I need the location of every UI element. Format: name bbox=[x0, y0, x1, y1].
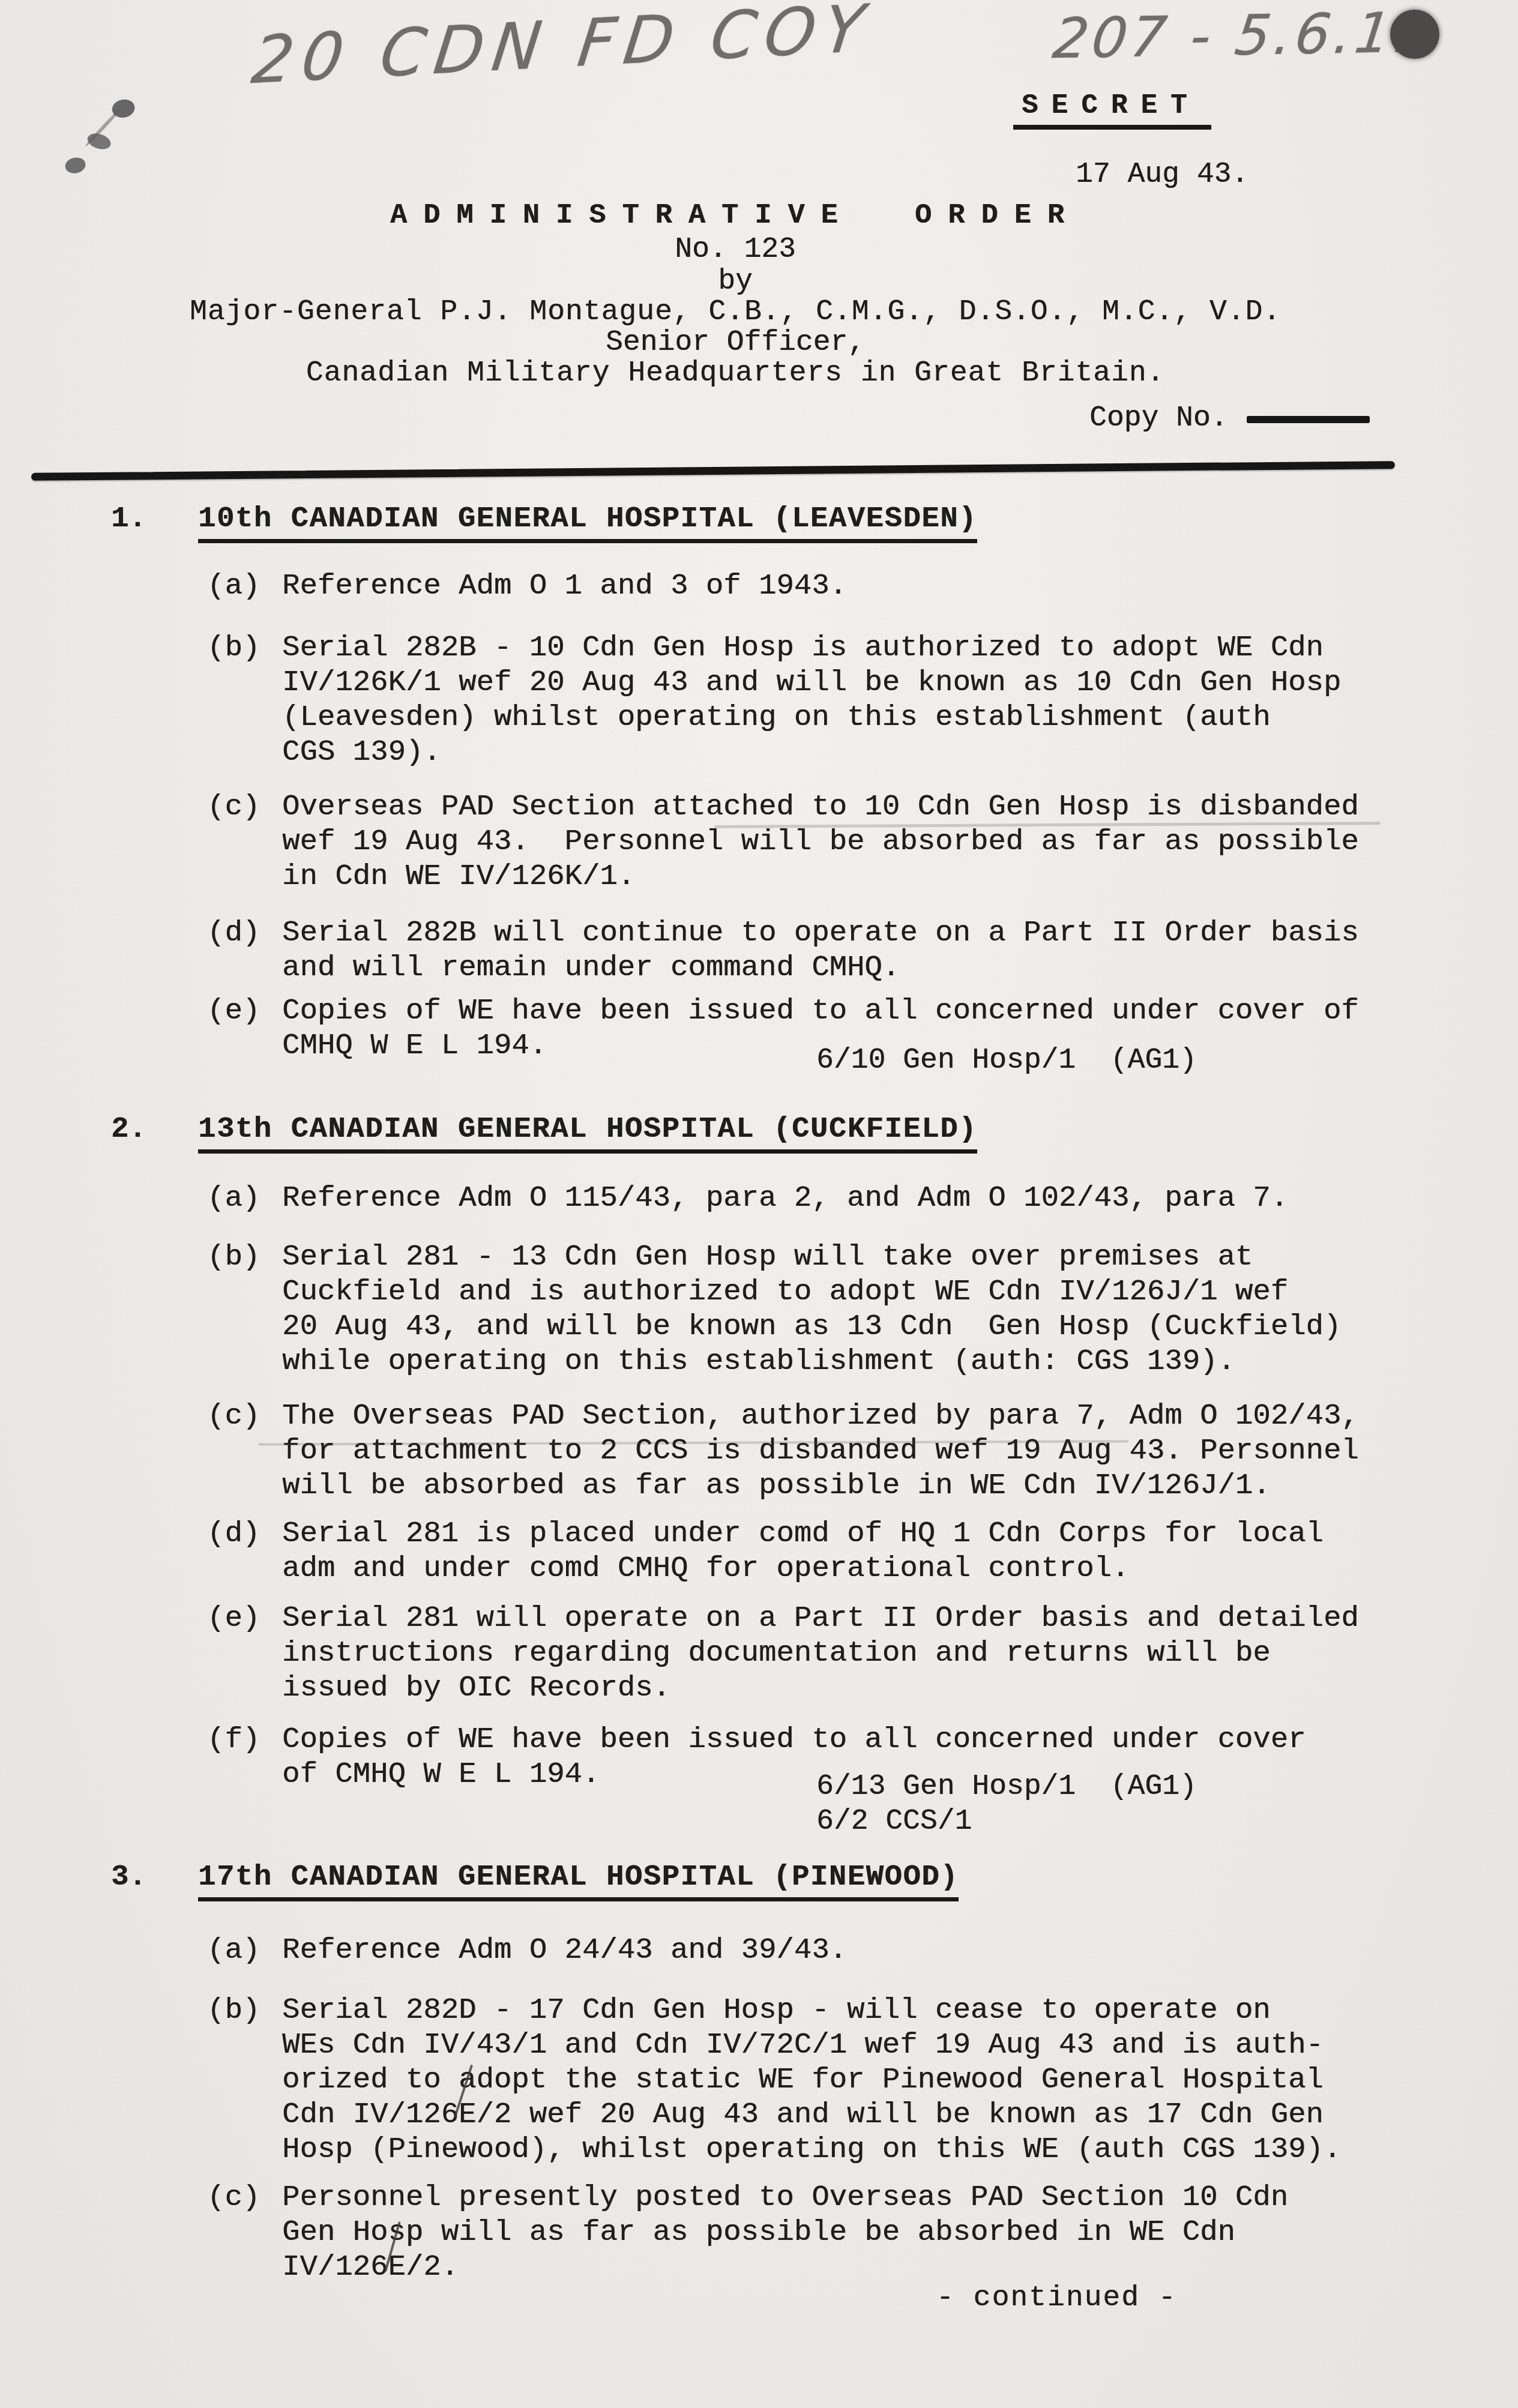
paragraph-text: Serial 282B - 10 Cdn Gen Hosp is authori… bbox=[282, 630, 1387, 769]
paragraph-label: (b) bbox=[207, 630, 282, 769]
paragraph-label: (b) bbox=[207, 1239, 282, 1379]
issuer-name: Major-General P.J. Montague, C.B., C.M.G… bbox=[0, 296, 1471, 328]
order-by-label: by bbox=[0, 266, 1471, 296]
paragraph: (c) Overseas PAD Section attached to 10 … bbox=[207, 789, 1432, 894]
section-17th-general-hospital: 3. 17th CANADIAN GENERAL HOSPITAL (PINEW… bbox=[111, 1859, 1432, 2284]
paragraph-text: Reference Adm O 115/43, para 2, and Adm … bbox=[282, 1181, 1387, 1215]
section-number: 1. bbox=[111, 501, 198, 536]
copy-number-label: Copy No. bbox=[1089, 402, 1227, 435]
order-number: No. 123 bbox=[0, 233, 1471, 266]
divider-rule bbox=[31, 461, 1395, 481]
paragraph: (a) Reference Adm O 24/43 and 39/43. bbox=[207, 1933, 1432, 1967]
paragraph: (b) Serial 282B - 10 Cdn Gen Hosp is aut… bbox=[207, 630, 1432, 769]
file-reference-note: 6/2 CCS/1 bbox=[816, 1805, 972, 1838]
continued-note: - continued - bbox=[936, 2282, 1176, 2314]
issuer-role: Senior Officer, bbox=[0, 328, 1471, 358]
paragraph-text: Overseas PAD Section attached to 10 Cdn … bbox=[282, 789, 1387, 894]
copy-number-blank bbox=[1247, 416, 1370, 423]
file-reference-note: 6/13 Gen Hosp/1 (AG1) bbox=[816, 1771, 1197, 1803]
paragraph-label: (c) bbox=[207, 1398, 282, 1503]
paragraph-label: (f) bbox=[207, 1722, 282, 1792]
paragraph-label: (a) bbox=[207, 568, 282, 603]
paragraph-label: (a) bbox=[207, 1933, 282, 1967]
paragraph-text: Personnel presently posted to Overseas P… bbox=[282, 2180, 1387, 2284]
paragraph: (b) Serial 281 - 13 Cdn Gen Hosp will ta… bbox=[207, 1239, 1432, 1379]
section-number: 3. bbox=[111, 1859, 198, 1894]
section-number: 2. bbox=[111, 1112, 198, 1146]
paragraph-text: Serial 282B will continue to operate on … bbox=[282, 915, 1387, 985]
paragraph: (c) Personnel presently posted to Overse… bbox=[207, 2180, 1432, 2284]
paragraph-label: (a) bbox=[207, 1181, 282, 1215]
order-header: ADMINISTRATIVE ORDER No. 123 by Major-Ge… bbox=[0, 199, 1471, 389]
paragraph-text: Serial 281 will operate on a Part II Ord… bbox=[282, 1601, 1387, 1705]
section-13th-general-hospital: 2. 13th CANADIAN GENERAL HOSPITAL (CUCKF… bbox=[111, 1112, 1432, 1792]
paragraph: (a) Reference Adm O 1 and 3 of 1943. bbox=[207, 568, 1432, 603]
paragraph: (e) Serial 281 will operate on a Part II… bbox=[207, 1601, 1432, 1705]
paragraph-label: (c) bbox=[207, 789, 282, 894]
document-date: 17 Aug 43. bbox=[1076, 158, 1248, 191]
paragraph-label: (b) bbox=[207, 1993, 282, 2167]
paragraph-label: (e) bbox=[207, 1601, 282, 1705]
classification-banner: SECRET bbox=[1013, 90, 1211, 130]
paragraph-text: Serial 281 is placed under comd of HQ 1 … bbox=[282, 1516, 1387, 1586]
issuer-organization: Canadian Military Headquarters in Great … bbox=[0, 358, 1471, 389]
paragraph-text: The Overseas PAD Section, authorized by … bbox=[282, 1398, 1387, 1503]
handwritten-unit-annotation: 20 CDN FD COY bbox=[248, 0, 877, 99]
file-reference-note: 6/10 Gen Hosp/1 (AG1) bbox=[816, 1044, 1197, 1077]
paragraph-label: (d) bbox=[207, 915, 282, 985]
paragraph: (c) The Overseas PAD Section, authorized… bbox=[207, 1398, 1432, 1503]
paragraph: (d) Serial 281 is placed under comd of H… bbox=[207, 1516, 1432, 1586]
paragraph-label: (c) bbox=[207, 2180, 282, 2284]
paragraph: (d) Serial 282B will continue to operate… bbox=[207, 915, 1432, 985]
paragraph-text: Reference Adm O 1 and 3 of 1943. bbox=[282, 568, 1387, 603]
paragraph-label: (e) bbox=[207, 993, 282, 1063]
paragraph: (b) Serial 282D - 17 Cdn Gen Hosp - will… bbox=[207, 1993, 1432, 2167]
paragraph-text: Reference Adm O 24/43 and 39/43. bbox=[282, 1933, 1387, 1967]
paragraph-text: Serial 282D - 17 Cdn Gen Hosp - will cea… bbox=[282, 1993, 1387, 2167]
order-title: ADMINISTRATIVE ORDER bbox=[0, 199, 1471, 233]
document-page: 20 CDN FD COY 207 - 5.6.1. SECRET 17 Aug… bbox=[0, 0, 1518, 2408]
paragraph-label: (d) bbox=[207, 1516, 282, 1586]
paragraph-text: Serial 281 - 13 Cdn Gen Hosp will take o… bbox=[282, 1239, 1387, 1379]
copy-number-line: Copy No. bbox=[1089, 402, 1370, 435]
section-title: 17th CANADIAN GENERAL HOSPITAL (PINEWOOD… bbox=[198, 1859, 959, 1901]
paragraph: (a) Reference Adm O 115/43, para 2, and … bbox=[207, 1181, 1432, 1215]
handwritten-file-number: 207 - 5.6.1. bbox=[1049, 1, 1419, 71]
section-10th-general-hospital: 1. 10th CANADIAN GENERAL HOSPITAL (LEAVE… bbox=[111, 501, 1432, 1063]
punch-hole-mark bbox=[1390, 10, 1439, 59]
section-title: 10th CANADIAN GENERAL HOSPITAL (LEAVESDE… bbox=[198, 501, 977, 543]
ink-smudge bbox=[48, 91, 152, 185]
section-title: 13th CANADIAN GENERAL HOSPITAL (CUCKFIEL… bbox=[198, 1112, 977, 1154]
